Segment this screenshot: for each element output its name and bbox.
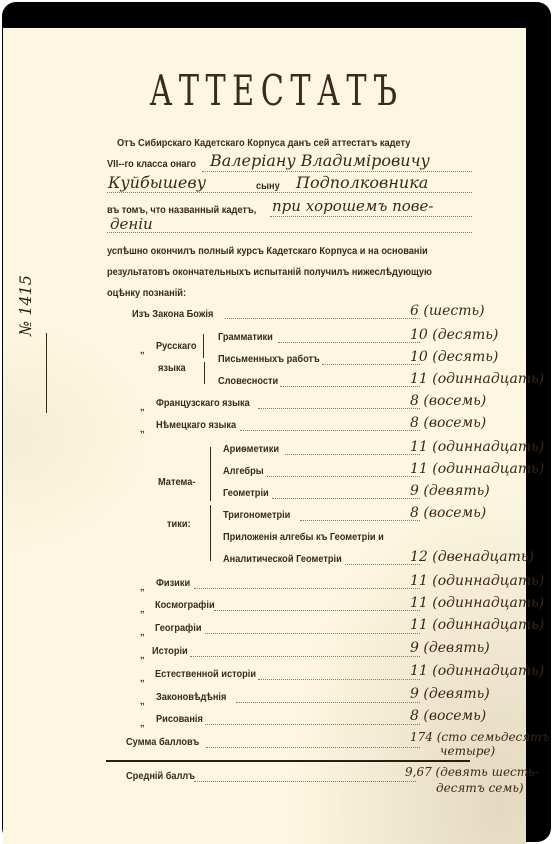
subject-written-label: Письменныхъ работъ <box>218 353 320 365</box>
subject-algebra-grade: 11 (одиннадцать) <box>410 461 544 477</box>
ditto-mark: „ <box>140 604 145 614</box>
subject-trigonometry-grade: 8 (восемь) <box>410 505 486 521</box>
conduct-text: при хорошемъ пове- <box>272 197 433 215</box>
subject-cosmography-grade: 11 (одиннадцать) <box>410 595 544 611</box>
surname-dotted-line <box>107 192 472 193</box>
ditto-mark: „ <box>140 718 145 728</box>
math-group-label-2: тики: <box>167 518 191 530</box>
total-label: Сумма балловъ <box>126 736 199 748</box>
math-group-label-1: Матема- <box>158 476 195 488</box>
intro-line-6: успѣшно окончилъ полный курсъ Кадетскаго… <box>107 245 428 257</box>
subject-arithmetic-grade: 11 (одиннадцать) <box>410 439 544 455</box>
dotted-leader <box>194 588 420 589</box>
dotted-leader <box>272 498 420 499</box>
subject-geography-grade: 11 (одиннадцать) <box>410 617 544 633</box>
intro-line-1: Отъ Сибирскаго Кадетскаго Корпуса данъ с… <box>117 137 410 149</box>
subject-algebra-label: Алгебры <box>223 465 264 477</box>
subject-literature-grade: 11 (одиннадцать) <box>410 371 544 387</box>
intro-line-7: результатовъ окончательныхъ испытанiй по… <box>107 266 432 278</box>
subject-arithmetic-label: Ариѳметики <box>223 443 279 455</box>
name-dotted-line <box>202 171 472 172</box>
subject-physics-label: Физики <box>156 577 190 589</box>
subject-applications-label-1: Приложенiя алгебы къ Геометрiи и <box>223 531 384 543</box>
average-label: Среднiй баллъ <box>126 770 195 782</box>
subject-law-grade: 9 (девять) <box>410 686 490 702</box>
russian-group-label-1: Русскаго <box>156 340 196 352</box>
dotted-leader <box>236 702 420 703</box>
subject-grammar-grade: 10 (десять) <box>410 327 498 343</box>
cadet-given-name: Валерiану Владимiровичу <box>210 151 430 170</box>
subject-literature-label: Словесности <box>218 375 278 387</box>
subject-geography-label: Географiи <box>155 622 202 634</box>
russian-bracket-lower <box>204 362 205 384</box>
subject-applications-label: Аналитической Геометрiи <box>223 553 342 565</box>
dotted-leader <box>258 679 420 680</box>
total-grade-continued: четыре) <box>440 744 495 758</box>
math-bracket-upper <box>210 447 211 501</box>
subject-german-label: Нѣмецкаго языка <box>156 419 236 431</box>
dotted-leader <box>205 633 420 634</box>
dotted-leader <box>205 724 420 725</box>
ditto-mark: „ <box>140 696 145 706</box>
subject-physics-grade: 11 (одиннадцать) <box>410 573 544 589</box>
subject-drawing-grade: 8 (восемь) <box>410 708 486 724</box>
average-grade: 9,67 (девять шесть- <box>405 765 539 779</box>
subject-history-grade: 9 (девять) <box>410 640 490 656</box>
intro-class-label: VII--го класса онаго <box>107 158 196 170</box>
average-grade-continued: десятъ семь) <box>436 781 524 795</box>
dotted-leader <box>280 386 420 387</box>
math-bracket-lower <box>210 505 211 561</box>
subject-law-of-god-label: Изъ Закона Божiя <box>132 308 213 320</box>
margin-underline <box>46 333 47 413</box>
ditto-mark: „ <box>140 424 145 434</box>
dotted-leader <box>194 781 416 782</box>
dotted-leader <box>345 564 420 565</box>
subject-geometry-label: Геометрiи <box>223 487 269 499</box>
subject-law-of-god-grade: 6 (шесть) <box>410 303 485 319</box>
ditto-mark: „ <box>140 650 145 660</box>
russian-bracket-upper <box>203 334 204 358</box>
subject-applications-grade: 12 (двенадцать) <box>410 549 534 565</box>
subject-natural-history-label: Естественной исторiи <box>155 668 256 680</box>
ditto-mark: „ <box>140 345 145 355</box>
conduct-dotted-line-2 <box>107 232 472 233</box>
dotted-leader <box>322 364 420 365</box>
dotted-leader <box>285 454 420 455</box>
intro-line-8: оцѣнку познанiй: <box>107 287 186 299</box>
dotted-leader <box>258 408 420 409</box>
total-grade: 174 (сто семьдесятъ <box>410 730 550 744</box>
dotted-leader <box>214 610 420 611</box>
subject-written-grade: 10 (десять) <box>410 349 498 365</box>
ditto-mark: „ <box>140 582 145 592</box>
subject-history-label: Исторiи <box>152 645 188 657</box>
dotted-leader <box>300 520 420 521</box>
document-title: АТТЕСТАТЪ <box>77 66 475 115</box>
dotted-leader <box>225 318 420 319</box>
subject-drawing-label: Рисованiя <box>156 713 203 725</box>
son-of-label: сыну <box>256 180 280 192</box>
subject-grammar-label: Грамматики <box>218 331 273 343</box>
subject-french-grade: 8 (восемь) <box>410 393 486 409</box>
ditto-mark: „ <box>140 627 145 637</box>
subject-cosmography-label: Космографiи <box>155 599 215 611</box>
conduct-dotted-line <box>270 216 472 217</box>
total-divider-rule <box>106 760 470 762</box>
russian-group-label-2: языка <box>158 362 186 374</box>
subject-law-label: Законовѣдѣнiя <box>156 691 226 703</box>
dotted-leader <box>190 656 420 657</box>
dotted-leader <box>278 342 420 343</box>
margin-registration-number: № 1415 <box>16 275 35 336</box>
father-rank: Подполковника <box>296 173 428 192</box>
dotted-leader <box>267 476 420 477</box>
cadet-surname: Куйбышеву <box>108 173 206 192</box>
ditto-mark: „ <box>140 402 145 412</box>
subject-geometry-grade: 9 (девять) <box>410 483 490 499</box>
dotted-leader <box>206 747 420 748</box>
subject-french-label: Французскаго языка <box>156 397 250 409</box>
subject-trigonometry-label: Тригонометрiи <box>223 509 290 521</box>
ditto-mark: „ <box>140 673 145 683</box>
dotted-leader <box>240 430 420 431</box>
subject-natural-history-grade: 11 (одиннадцать) <box>410 663 544 679</box>
conduct-text-continued: денiи <box>110 215 153 233</box>
subject-german-grade: 8 (восемь) <box>410 415 486 431</box>
